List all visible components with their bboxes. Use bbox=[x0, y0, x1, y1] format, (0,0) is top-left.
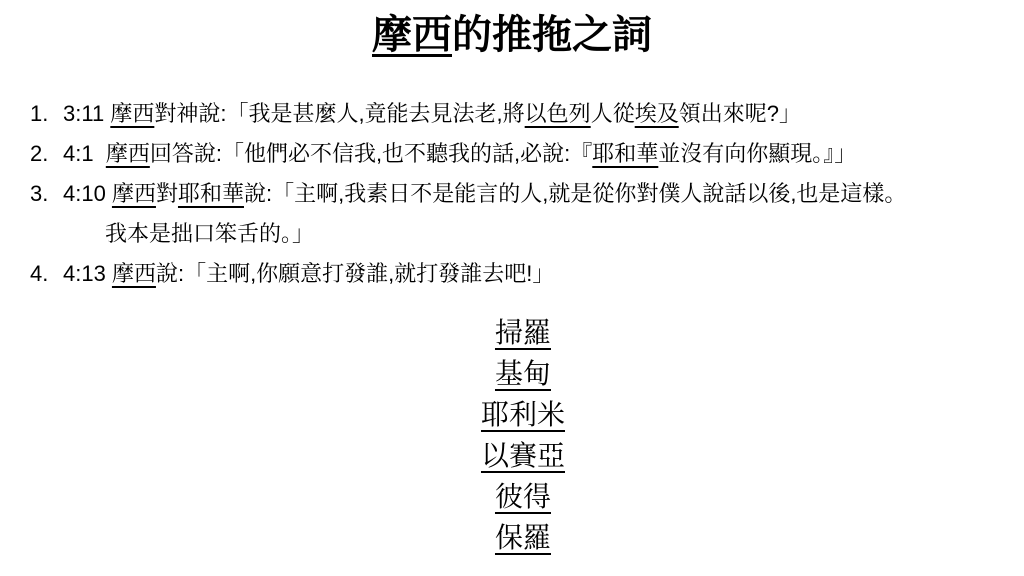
name-item: 以賽亞 bbox=[22, 435, 1024, 476]
text-run: 並沒有向你顯現。』」 bbox=[658, 141, 856, 166]
name-text: 耶利米 bbox=[481, 399, 565, 430]
list-item-number: 1. bbox=[30, 94, 63, 134]
underlined-term: 以色列 bbox=[525, 101, 591, 126]
underlined-term: 摩西 bbox=[372, 13, 452, 57]
list-item-number: 2. bbox=[30, 134, 63, 174]
list-item: 2.4:1 摩西回答說:「他們必不信我,也不聽我的話,必說:『耶和華並沒有向你顯… bbox=[30, 134, 1024, 174]
name-text: 基甸 bbox=[495, 358, 551, 389]
list-item-number: 3. bbox=[30, 174, 63, 214]
list-item-text: 4:1 摩西回答說:「他們必不信我,也不聽我的話,必說:『耶和華並沒有向你顯現。… bbox=[63, 134, 856, 174]
text-run: 說:「主啊,你願意打發誰,就打發誰去吧!」 bbox=[156, 261, 554, 286]
text-run: 4:13 bbox=[63, 261, 112, 286]
text-run: 3:11 bbox=[63, 101, 110, 126]
name-text: 掃羅 bbox=[495, 317, 551, 348]
name-item: 彼得 bbox=[22, 476, 1024, 517]
text-run: 對 bbox=[156, 181, 178, 206]
names-list: 掃羅基甸耶利米以賽亞彼得保羅 bbox=[22, 312, 1024, 558]
underlined-term: 摩西 bbox=[106, 141, 150, 166]
underlined-term: 耶和華 bbox=[592, 141, 658, 166]
text-run: 的推拖之詞 bbox=[452, 13, 652, 57]
list-item-text: 4:10 摩西對耶和華說:「主啊,我素日不是能言的人,就是從你對僕人說話以後,也… bbox=[63, 174, 906, 254]
name-item: 保羅 bbox=[22, 517, 1024, 558]
name-item: 耶利米 bbox=[22, 394, 1024, 435]
text-run: 4:1 bbox=[63, 141, 106, 166]
underlined-term: 摩西 bbox=[112, 261, 156, 286]
slide-canvas: 摩西的推拖之詞 1.3:11 摩西對神說:「我是甚麼人,竟能去見法老,將以色列人… bbox=[0, 0, 1024, 576]
name-text: 保羅 bbox=[495, 522, 551, 553]
list-item: 1.3:11 摩西對神說:「我是甚麼人,竟能去見法老,將以色列人從埃及領出來呢?… bbox=[30, 94, 1024, 134]
text-run: 回答說:「他們必不信我,也不聽我的話,必說:『 bbox=[150, 141, 592, 166]
text-run: 對神說:「我是甚麼人,竟能去見法老,將 bbox=[154, 101, 524, 126]
name-text: 以賽亞 bbox=[481, 440, 565, 471]
text-run: 人從 bbox=[591, 101, 635, 126]
name-item: 基甸 bbox=[22, 353, 1024, 394]
list-item-text: 4:13 摩西說:「主啊,你願意打發誰,就打發誰去吧!」 bbox=[63, 254, 554, 294]
excuses-list: 1.3:11 摩西對神說:「我是甚麼人,竟能去見法老,將以色列人從埃及領出來呢?… bbox=[30, 94, 1024, 294]
text-run: 4:10 bbox=[63, 181, 112, 206]
text-run: 領出來呢?」 bbox=[679, 101, 801, 126]
underlined-term: 摩西 bbox=[112, 181, 156, 206]
underlined-term: 摩西 bbox=[110, 101, 154, 126]
list-item-number: 4. bbox=[30, 254, 63, 294]
slide-title: 摩西的推拖之詞 bbox=[0, 10, 1024, 60]
name-item: 掃羅 bbox=[22, 312, 1024, 353]
list-item: 4.4:13 摩西說:「主啊,你願意打發誰,就打發誰去吧!」 bbox=[30, 254, 1024, 294]
list-item: 3.4:10 摩西對耶和華說:「主啊,我素日不是能言的人,就是從你對僕人說話以後… bbox=[30, 174, 1024, 254]
underlined-term: 耶和華 bbox=[178, 181, 244, 206]
name-text: 彼得 bbox=[495, 481, 551, 512]
list-item-text: 3:11 摩西對神說:「我是甚麼人,竟能去見法老,將以色列人從埃及領出來呢?」 bbox=[63, 94, 801, 134]
underlined-term: 埃及 bbox=[635, 101, 679, 126]
